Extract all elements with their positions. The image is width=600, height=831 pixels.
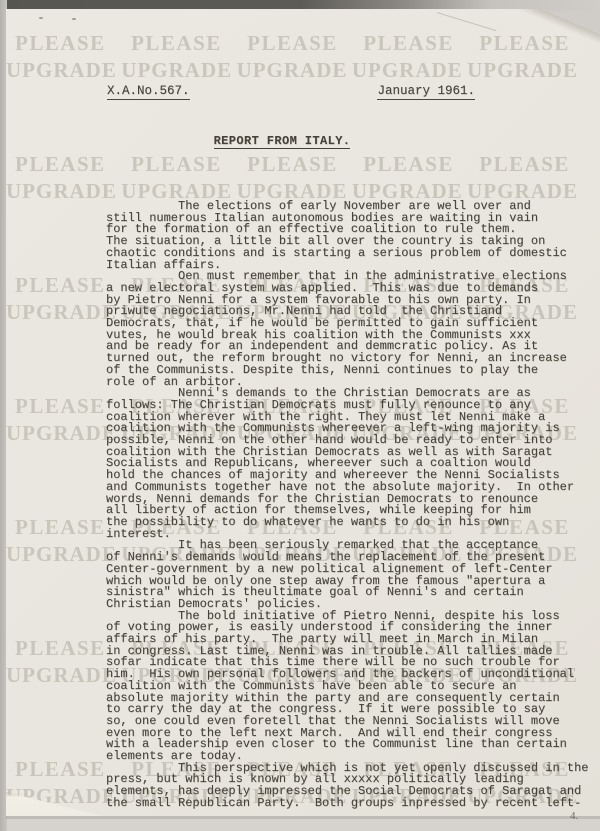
title-row: REPORT FROM ITALY. [6, 131, 600, 149]
reference-number: X.A.No.567. [107, 84, 190, 100]
document-content: X.A.No.567. January 1961. REPORT FROM IT… [6, 9, 600, 816]
paragraph-4: It has been seriously remarked that the … [106, 540, 600, 610]
paper-speck [39, 17, 43, 19]
document-date: January 1961. [377, 84, 475, 100]
paper-bottom-shadow [6, 816, 600, 819]
paragraph-3: Nenni's demands to the Christian Democra… [106, 388, 600, 540]
paragraph-6: This perspective which is not yet openly… [106, 763, 600, 810]
scan-left-edge [0, 0, 7, 831]
document-title: REPORT FROM ITALY. [214, 134, 351, 149]
paragraph-2: Oen must remember that in the administra… [106, 271, 600, 388]
paper: PLEASEPLEASEPLEASEPLEASEPLEASEUPGRADEUPG… [6, 9, 600, 816]
paper-speck [72, 18, 76, 20]
document-header: X.A.No.567. January 1961. [107, 84, 475, 100]
document-body: The elections of early November are well… [106, 201, 600, 810]
paragraph-5: The bold initiative of Pietro Nenni, des… [106, 611, 600, 763]
page-number: 4. [570, 810, 578, 822]
paragraph-1: The elections of early November are well… [106, 201, 600, 271]
scanned-page: PLEASEPLEASEPLEASEPLEASEPLEASEUPGRADEUPG… [0, 0, 600, 831]
